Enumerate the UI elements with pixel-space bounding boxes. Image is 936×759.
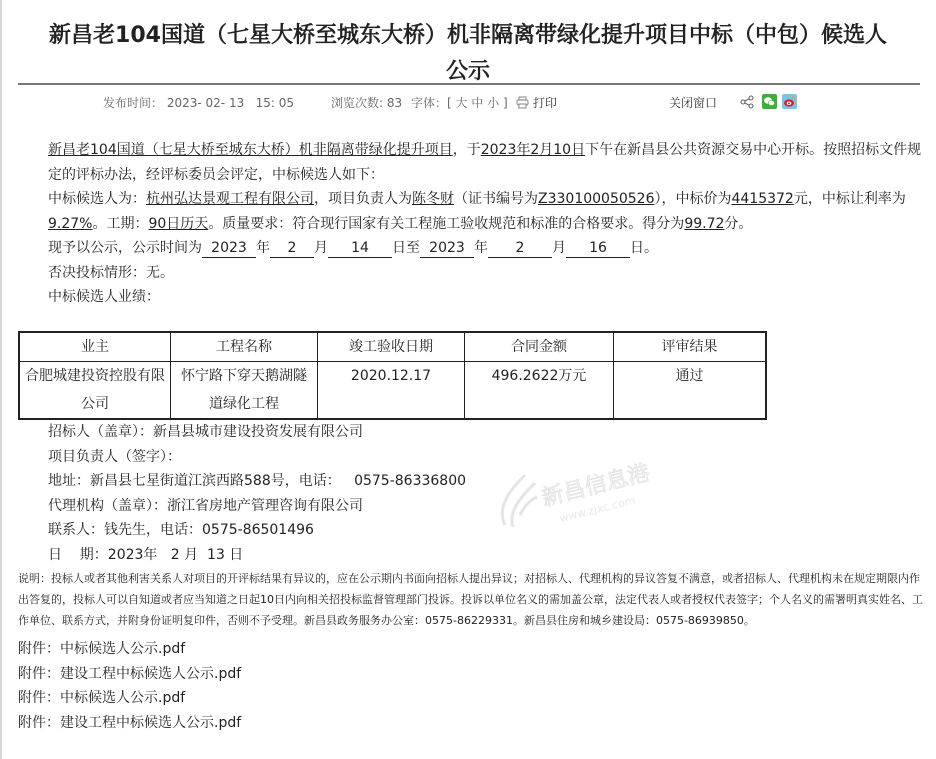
font-size-switcher: 字体：[ 大 中 小 ] (411, 94, 508, 111)
page-left-border (0, 0, 2, 759)
title-divider (18, 83, 920, 85)
paragraph-performance-heading: 中标候选人业绩： (20, 285, 925, 310)
end-day: 16 (566, 239, 630, 258)
text: 分。 (724, 216, 752, 232)
bid-price: 4415372 (731, 191, 793, 207)
font-label: 字体：[ (411, 96, 452, 110)
attachment-item: 附件：建设工程中标候选人公示.pdf (18, 662, 241, 687)
notice-date: 日 期：2023年 2 月 13 日 (48, 543, 466, 568)
close-window-link[interactable]: 关闭窗口 (669, 94, 717, 111)
text: 日。 (630, 240, 658, 256)
cell-project-name: 怀宁路下穿天鹅湖隧道绿化工程 (171, 362, 318, 420)
text: 年 (256, 240, 270, 256)
views-value: 83 (387, 96, 402, 110)
font-small-button[interactable]: 小 (487, 96, 499, 110)
table-row: 合肥城建投资控股有限公司 怀宁路下穿天鹅湖隧道绿化工程 2020.12.17 4… (19, 362, 766, 420)
project-manager-signature: 项目负责人（签字）： (48, 445, 466, 470)
text: 月 (552, 240, 566, 256)
tenderer: 招标人（盖章）：新昌县城市建设投资发展有限公司 (48, 420, 466, 445)
view-count: 浏览次数: 83 (331, 94, 402, 111)
attachment-link[interactable]: 建设工程中标候选人公示.pdf (60, 715, 241, 731)
attachment-item: 附件：建设工程中标候选人公示.pdf (18, 711, 241, 736)
column-header: 工程名称 (171, 332, 318, 362)
start-year: 2023 (202, 239, 256, 258)
text: 中标候选人为： (48, 191, 146, 207)
text: 元，中标让利率为 (794, 191, 906, 207)
wechat-icon[interactable] (762, 94, 777, 109)
certificate-number: Z330100050526 (538, 191, 654, 207)
paragraph-publicity-period: 现予以公示，公示时间为2023年2月14日至2023年2月16日。 (20, 236, 925, 261)
objection-note: 说明：投标人或者其他利害关系人对项目的开评标结果有异议的，应在公示期内书面向招标… (18, 568, 924, 631)
column-header: 合同金额 (465, 332, 614, 362)
contact-block: 招标人（盖章）：新昌县城市建设投资发展有限公司 项目负责人（签字）： 地址：新昌… (48, 420, 466, 567)
print-button[interactable]: 打印 (516, 94, 557, 111)
text: 。工期： (92, 216, 148, 232)
attachment-label: 附件： (18, 715, 60, 731)
end-year: 2023 (420, 239, 474, 258)
cell-owner: 合肥城建投资控股有限公司 (19, 362, 171, 420)
text: （证书编号为 (454, 191, 538, 207)
text: ），中标价为 (654, 191, 731, 207)
score: 99.72 (684, 216, 724, 232)
attachment-link[interactable]: 中标候选人公示.pdf (60, 641, 185, 657)
publish-time-value: 2023- 02- 13 15: 05 (167, 96, 294, 110)
attachment-item: 附件：中标候选人公示.pdf (18, 637, 241, 662)
cell-contract-amount: 496.2622万元 (465, 362, 614, 420)
attachment-link[interactable]: 建设工程中标候选人公示.pdf (60, 666, 241, 682)
agency: 代理机构（盖章）：浙江省房地产管理咨询有限公司 (48, 494, 466, 519)
performance-table: 业主 工程名称 竣工验收日期 合同金额 评审结果 合肥城建投资控股有限公司 怀宁… (18, 331, 767, 420)
publish-label: 发布时间： (103, 96, 163, 110)
text: 日至 (392, 240, 420, 256)
weibo-icon[interactable] (782, 94, 797, 109)
open-date: 2023年2月10日 (481, 142, 585, 158)
paragraph-opening: 新昌老104国道（七星大桥至城东大桥）机非隔离带绿化提升项目，于2023年2月1… (20, 138, 925, 187)
discount-rate: 9.27% (48, 216, 92, 232)
end-month: 2 (488, 239, 552, 258)
column-header: 竣工验收日期 (318, 332, 465, 362)
paragraph-rejection: 否决投标情形：无。 (20, 261, 925, 286)
cell-completion-date: 2020.12.17 (318, 362, 465, 420)
article-body: 新昌老104国道（七星大桥至城东大桥）机非隔离带绿化提升项目，于2023年2月1… (20, 138, 925, 310)
attachment-label: 附件： (18, 641, 60, 657)
start-day: 14 (328, 239, 392, 258)
page-title: 新昌老104国道（七星大桥至城东大桥）机非隔离带绿化提升项目中标（中包）候选人 … (18, 18, 918, 90)
table-header-row: 业主 工程名称 竣工验收日期 合同金额 评审结果 (19, 332, 766, 362)
text: 。质量要求：符合现行国家有关工程施工验收规范和标准的合格要求。得分为 (208, 216, 684, 232)
column-header: 评审结果 (614, 332, 767, 362)
text: ，于 (453, 142, 481, 158)
paragraph-winner: 中标候选人为：杭州弘达景观工程有限公司，项目负责人为陈冬财（证书编号为Z3301… (20, 187, 925, 236)
font-large-button[interactable]: 大 (456, 96, 468, 110)
attachment-label: 附件： (18, 666, 60, 682)
cell-review-result: 通过 (614, 362, 767, 420)
attachment-link[interactable]: 中标候选人公示.pdf (60, 690, 185, 706)
start-month: 2 (270, 239, 314, 258)
address: 地址：新昌县七星街道江滨西路588号，电话： 0575-86336800 (48, 469, 466, 494)
text: 现予以公示，公示时间为 (48, 240, 202, 256)
views-label: 浏览次数: (331, 96, 383, 110)
watermark-logo: 新昌信息港 www.zjxc.com (495, 455, 695, 535)
print-icon (516, 96, 529, 109)
project-name: 新昌老104国道（七星大桥至城东大桥）机非隔离带绿化提升项目 (48, 142, 453, 158)
attachment-item: 附件：中标候选人公示.pdf (18, 686, 241, 711)
attachment-label: 附件： (18, 690, 60, 706)
text: 年 (474, 240, 488, 256)
font-medium-button[interactable]: 中 (471, 96, 483, 110)
project-manager: 陈冬财 (412, 191, 454, 207)
contact-person: 联系人：钱先生，电话：0575-86501496 (48, 518, 466, 543)
print-label: 打印 (533, 96, 557, 110)
share-icon[interactable] (740, 95, 754, 109)
winning-company: 杭州弘达景观工程有限公司 (146, 191, 314, 207)
text: 月 (314, 240, 328, 256)
attachment-list: 附件：中标候选人公示.pdf 附件：建设工程中标候选人公示.pdf 附件：中标候… (18, 637, 241, 735)
construction-period: 90日历天 (148, 216, 208, 232)
column-header: 业主 (19, 332, 171, 362)
font-bracket: ] (503, 96, 508, 110)
text: ，项目负责人为 (314, 191, 412, 207)
publish-time: 发布时间： 2023- 02- 13 15: 05 (103, 94, 294, 111)
title-line-1: 新昌老104国道（七星大桥至城东大桥）机非隔离带绿化提升项目中标（中包）候选人 (18, 18, 918, 54)
